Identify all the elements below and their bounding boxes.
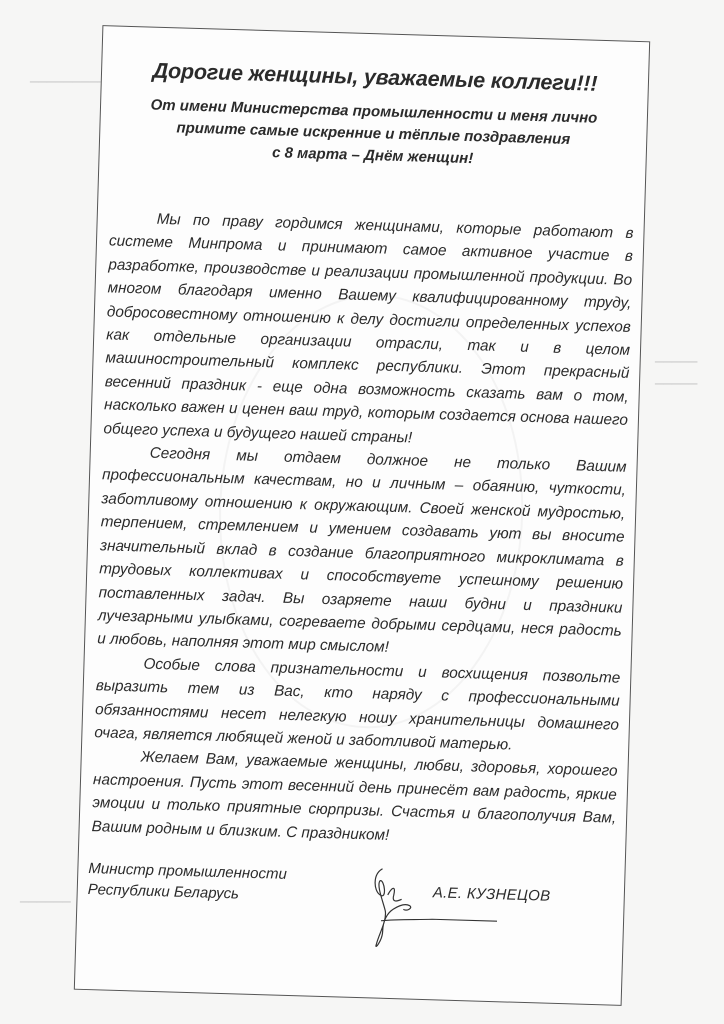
paragraph: Особые слова признательности и восхищени… [94,651,621,760]
letter-title: Дорогие женщины, уважаемые коллеги!!! [102,57,649,98]
paragraph: Желаем Вам, уважаемые женщины, любви, зд… [91,744,618,853]
handwritten-signature-icon [356,860,499,954]
paragraph: Сегодня мы отдаем должное не только Ваши… [97,440,627,666]
signatory-name: А.Е. КУЗНЕЦОВ [433,884,551,904]
letter-body: Мы по праву гордимся женщинами, которые … [91,206,634,853]
bleed-through-mark: ▁▁▁▁▁ [655,350,697,363]
letter-frame: Дорогие женщины, уважаемые коллеги!!! От… [74,25,650,1006]
bleed-through-mark: ▁▁▁▁▁ [655,372,697,385]
paragraph: Мы по праву гордимся женщинами, которые … [103,206,634,456]
signatory-position: Министр промышленности Республики Белару… [87,858,287,906]
letter-subtitle: От имени Министерства промышленности и м… [109,93,637,175]
bleed-through-mark: ▁▁▁▁▁▁ [20,890,71,903]
